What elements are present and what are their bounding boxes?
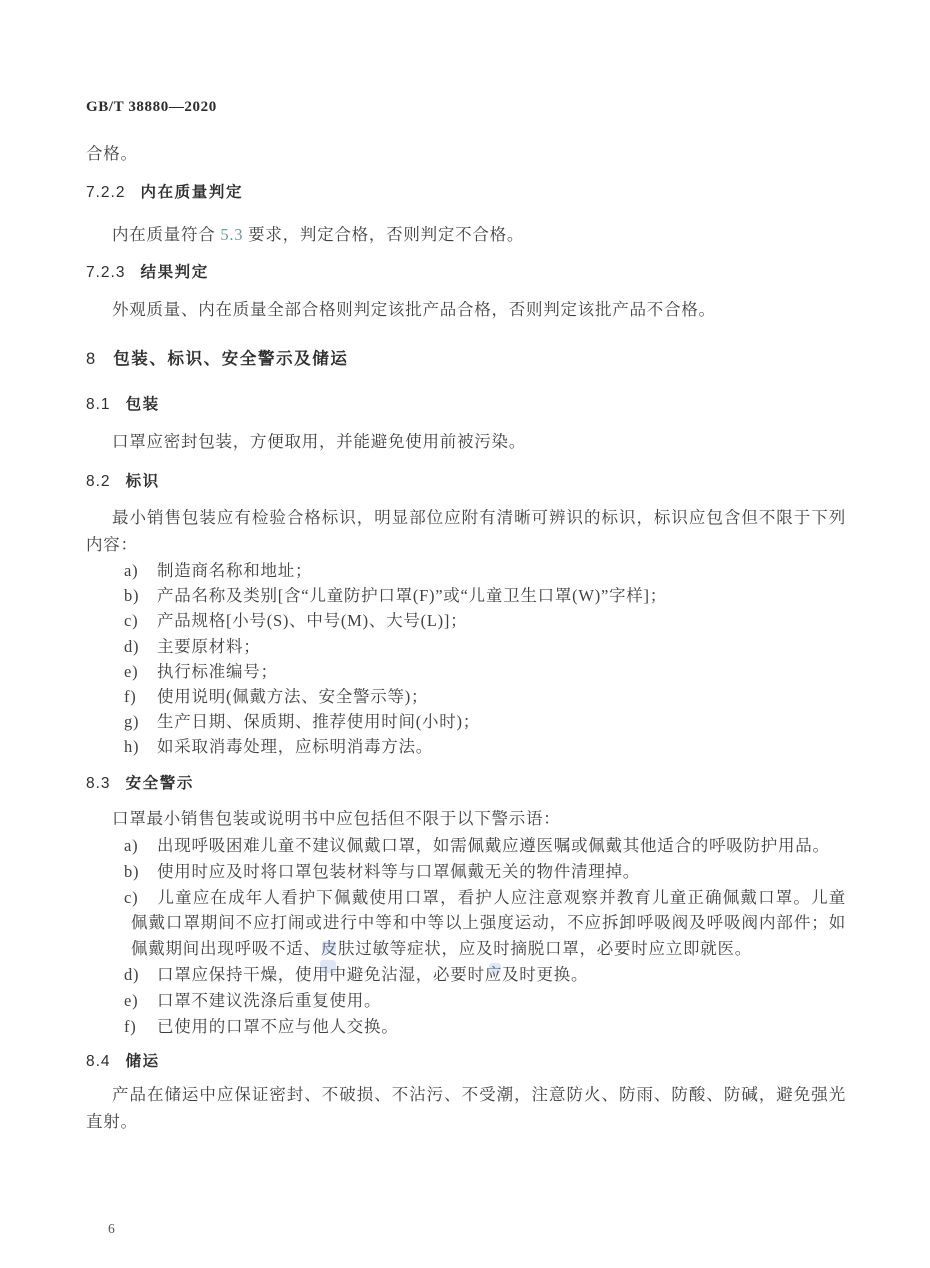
item-text: 执行标准编号； (157, 662, 278, 681)
heading-7-2-3: 7.2.3结果判定 (86, 260, 209, 282)
paragraph-7-2-2: 内在质量符合 5.3 要求，判定合格，否则判定不合格。 (86, 222, 846, 249)
heading-8-2: 8.2标识 (86, 469, 160, 491)
item-label: b) (124, 859, 157, 885)
watermark-artifact (489, 963, 501, 974)
item-text: 生产日期、保质期、推荐使用时间(小时)； (157, 712, 480, 731)
item-text: 口罩应保持干燥，使用中避免沾湿，必要时应及时更换。 (157, 965, 588, 984)
item-label: c) (124, 885, 157, 911)
item-text: 如采取消毒处理，应标明消毒方法。 (157, 737, 433, 756)
heading-8-3: 8.3安全警示 (86, 771, 194, 793)
list-item-a: a)出现呼吸困难儿童不建议佩戴口罩，如需佩戴应遵医嘱或佩戴其他适合的呼吸防护用品… (131, 833, 846, 859)
list-item-e: e)口罩不建议洗涤后重复使用。 (131, 988, 846, 1014)
page-number: 6 (108, 1221, 115, 1237)
list-item-c: c)儿童应在成年人看护下佩戴使用口罩，看护人应注意观察并教育儿童正确佩戴口罩。儿… (131, 885, 846, 962)
list-item-d: d)主要原材料； (131, 634, 846, 659)
heading-title: 内在质量判定 (140, 184, 243, 201)
watermark-artifact (320, 960, 336, 973)
list-item-a: a)制造商名称和地址； (131, 558, 846, 583)
item-text: 产品规格[小号(S)、中号(M)、大号(L)]； (157, 611, 467, 630)
heading-title: 标识 (126, 473, 160, 490)
item-text: 制造商名称和地址； (157, 561, 312, 580)
item-text: 出现呼吸困难儿童不建议佩戴口罩，如需佩戴应遵医嘱或佩戴其他适合的呼吸防护用品。 (157, 836, 830, 855)
paragraph-8-3-intro: 口罩最小销售包装或说明书中应包括但不限于以下警示语： (86, 806, 846, 833)
document-page: GB/T 38880—2020 合格。 7.2.2内在质量判定 内在质量符合 5… (0, 0, 930, 1268)
paragraph-carryover: 合格。 (86, 141, 846, 168)
heading-number: 8.1 (86, 396, 111, 413)
paragraph-8-2-intro: 最小销售包装应有检验合格标识，明显部位应附有清晰可辨识的标识，标识应包含但不限于… (86, 505, 846, 558)
heading-7-2-2: 7.2.2内在质量判定 (86, 180, 243, 202)
heading-title: 包装、标识、安全警示及储运 (113, 350, 348, 368)
body-text: 要求，判定合格，否则判定不合格。 (243, 225, 524, 244)
item-label: b) (124, 583, 157, 608)
heading-number: 8.4 (86, 1053, 111, 1070)
heading-number: 8.2 (86, 473, 111, 490)
item-label: a) (124, 833, 157, 859)
item-label: e) (124, 988, 157, 1014)
item-text: 口罩不建议洗涤后重复使用。 (157, 991, 381, 1010)
list-item-b: b)使用时应及时将口罩包装材料等与口罩佩戴无关的物件清理掉。 (131, 859, 846, 885)
paragraph-7-2-3: 外观质量、内在质量全部合格则判定该批产品合格，否则判定该批产品不合格。 (86, 297, 846, 324)
item-label: a) (124, 558, 157, 583)
list-8-3: a)出现呼吸困难儿童不建议佩戴口罩，如需佩戴应遵医嘱或佩戴其他适合的呼吸防护用品… (86, 833, 846, 1039)
heading-number: 7.2.3 (86, 264, 125, 281)
item-text: 儿童应在成年人看护下佩戴使用口罩，看护人应注意观察并教育儿童正确佩戴口罩。儿童佩… (131, 888, 846, 959)
item-label: h) (124, 734, 157, 759)
list-item-b: b)产品名称及类别[含“儿童防护口罩(F)”或“儿童卫生口罩(W)”字样]； (131, 583, 846, 608)
list-item-e: e)执行标准编号； (131, 659, 846, 684)
item-label: f) (124, 1014, 157, 1040)
heading-8-4: 8.4储运 (86, 1049, 160, 1071)
item-label: g) (124, 709, 157, 734)
heading-title: 储运 (126, 1053, 160, 1070)
item-text: 主要原材料； (157, 637, 261, 656)
item-text: 已使用的口罩不应与他人交换。 (157, 1017, 399, 1036)
heading-chapter-8: 8包装、标识、安全警示及储运 (86, 345, 349, 369)
item-label: f) (124, 684, 157, 709)
heading-title: 包装 (126, 396, 160, 413)
heading-title: 结果判定 (140, 264, 208, 281)
list-item-h: h)如采取消毒处理，应标明消毒方法。 (131, 734, 846, 759)
list-item-g: g)生产日期、保质期、推荐使用时间(小时)； (131, 709, 846, 734)
heading-8-1: 8.1包装 (86, 392, 160, 414)
paragraph-8-4: 产品在储运中应保证密封、不破损、不沾污、不受潮，注意防火、防雨、防酸、防碱，避免… (86, 1082, 846, 1135)
item-label: e) (124, 659, 157, 684)
clause-reference: 5.3 (220, 225, 243, 244)
list-item-f: f)使用说明(佩戴方法、安全警示等)； (131, 684, 846, 709)
watermark-artifact (322, 941, 336, 953)
item-text: 产品名称及类别[含“儿童防护口罩(F)”或“儿童卫生口罩(W)”字样]； (157, 586, 667, 605)
standard-number-header: GB/T 38880—2020 (86, 99, 217, 116)
item-text: 使用说明(佩戴方法、安全警示等)； (157, 687, 428, 706)
paragraph-8-1: 口罩应密封包装，方便取用，并能避免使用前被污染。 (86, 429, 846, 456)
heading-title: 安全警示 (126, 775, 194, 792)
item-label: d) (124, 634, 157, 659)
body-text: 内在质量符合 (112, 225, 220, 244)
heading-number: 8.3 (86, 775, 111, 792)
list-item-c: c)产品规格[小号(S)、中号(M)、大号(L)]； (131, 608, 846, 633)
heading-number: 8 (86, 350, 96, 368)
list-item-f: f)已使用的口罩不应与他人交换。 (131, 1014, 846, 1040)
list-8-2: a)制造商名称和地址； b)产品名称及类别[含“儿童防护口罩(F)”或“儿童卫生… (86, 558, 846, 760)
item-label: d) (124, 962, 157, 988)
item-text: 使用时应及时将口罩包装材料等与口罩佩戴无关的物件清理掉。 (157, 862, 640, 881)
item-label: c) (124, 608, 157, 633)
heading-number: 7.2.2 (86, 184, 125, 201)
